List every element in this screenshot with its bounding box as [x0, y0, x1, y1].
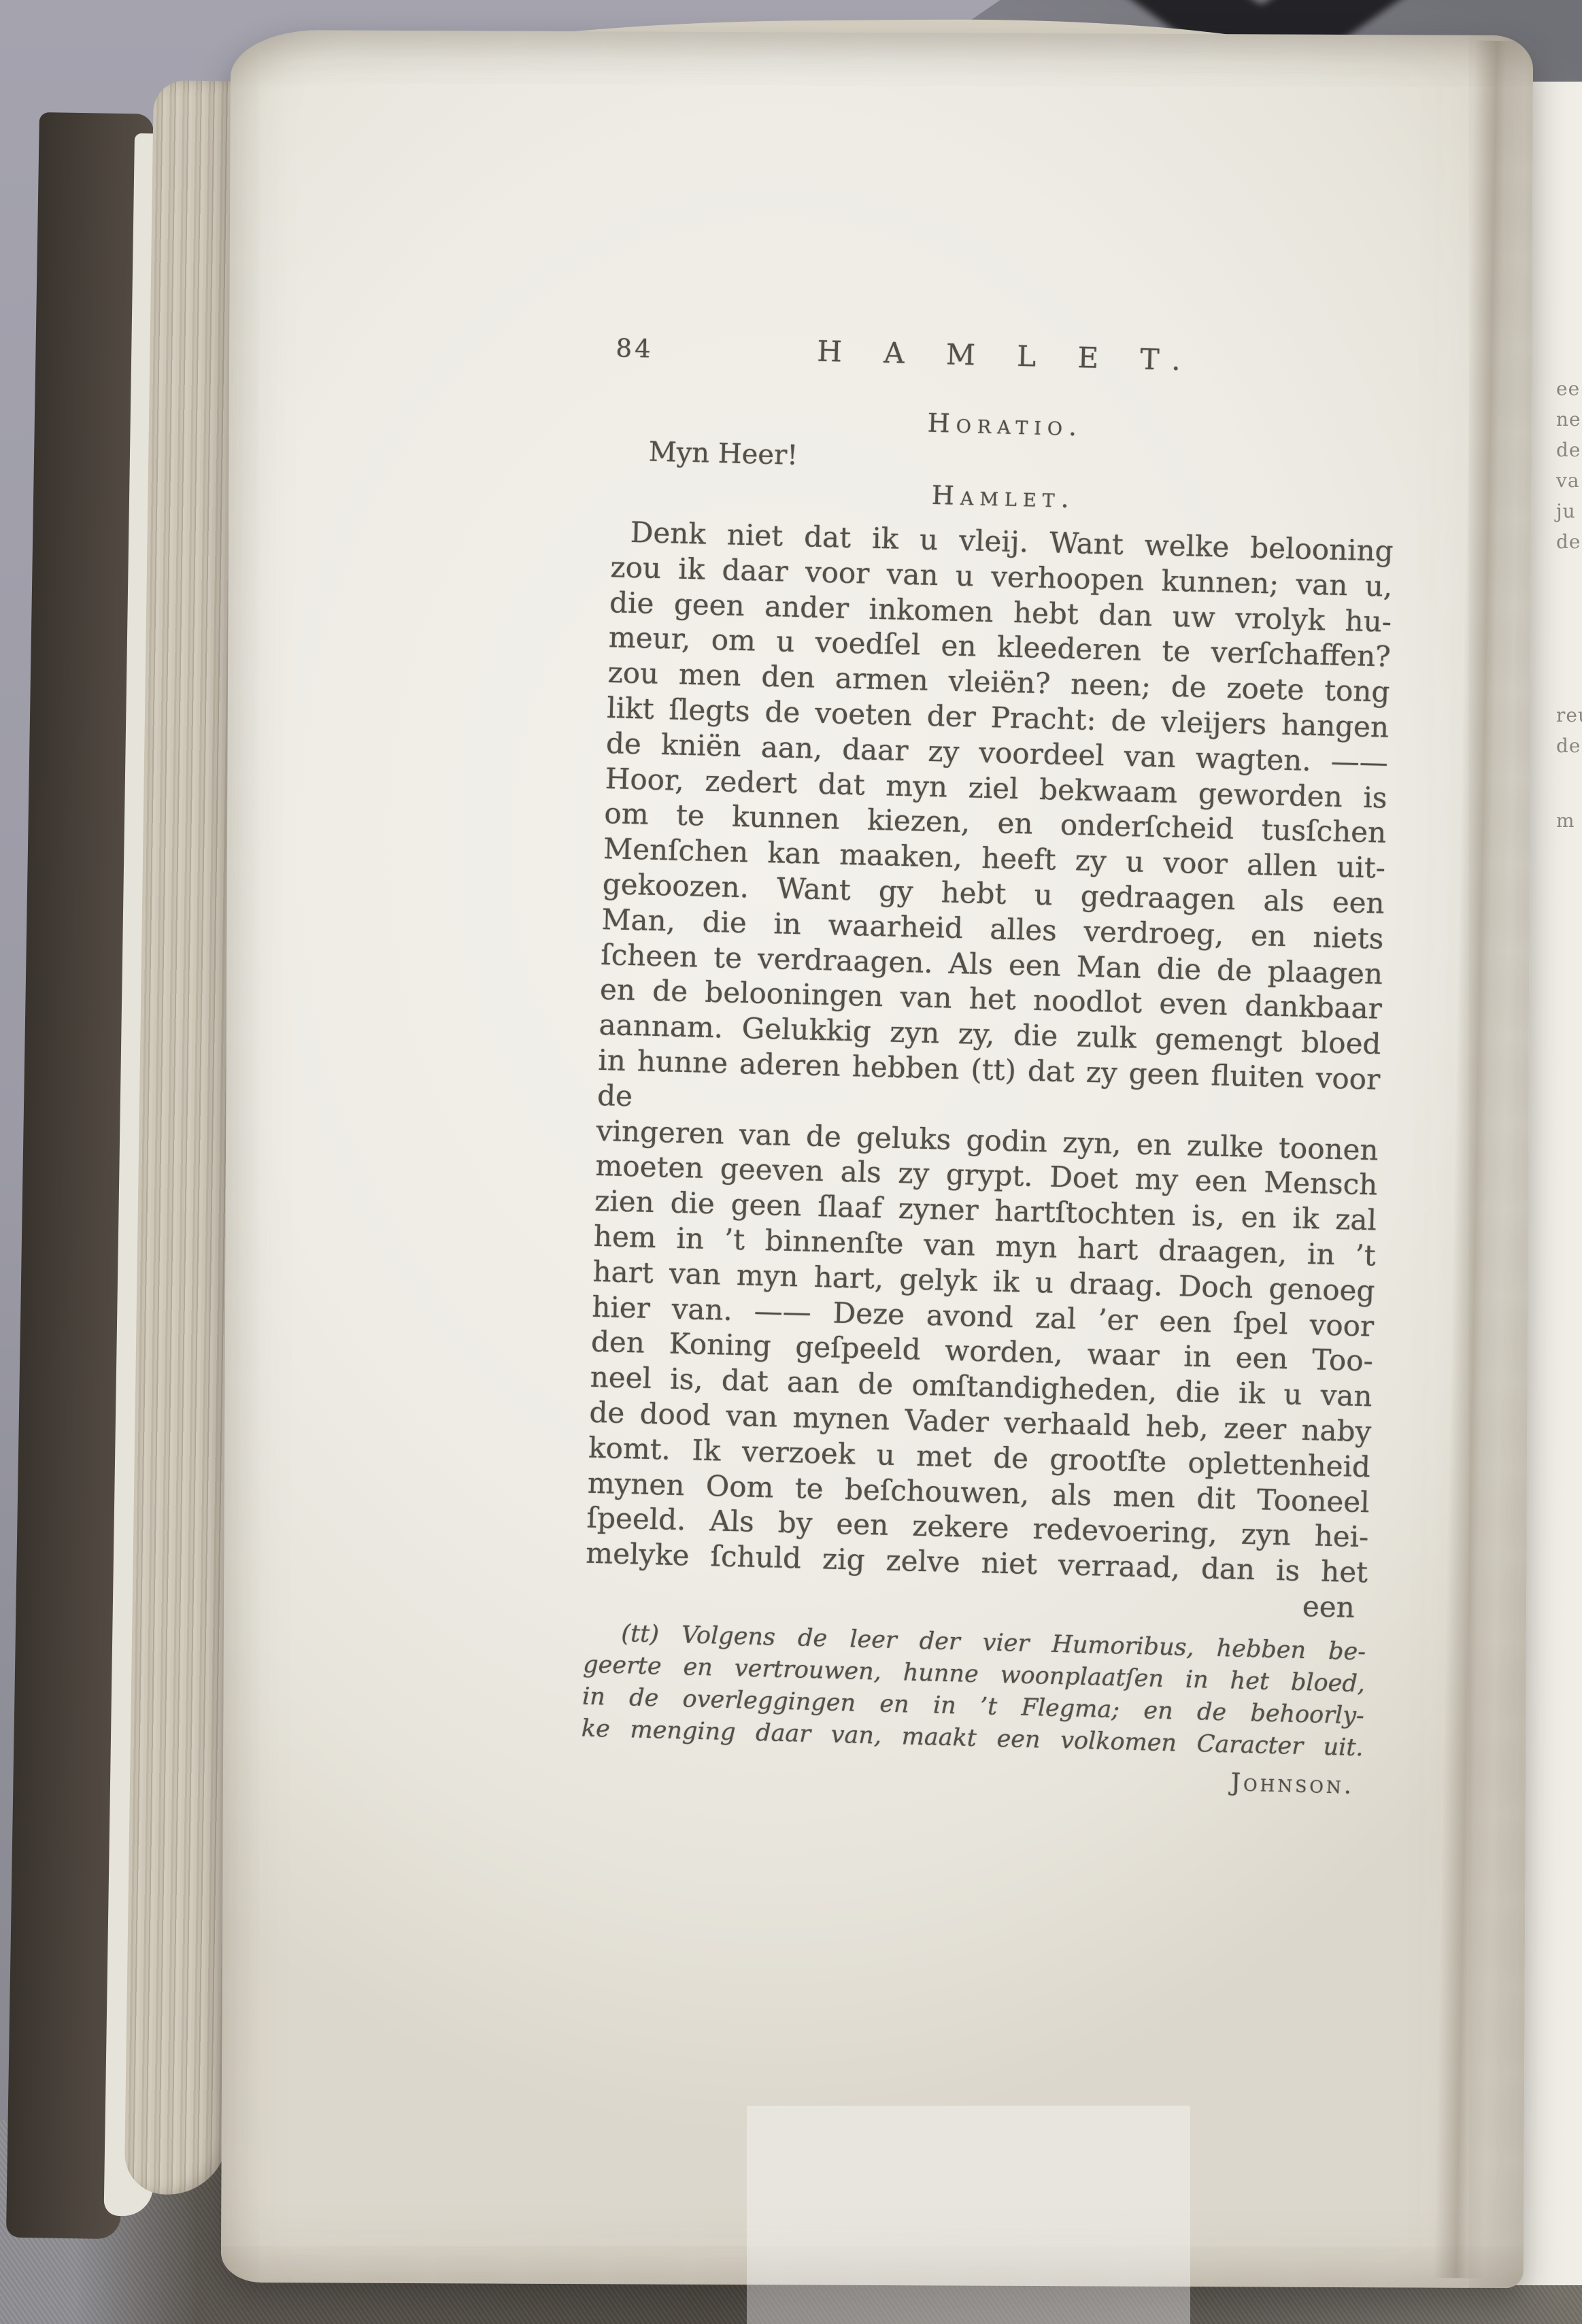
facing-page-text-fragment: dee: [1556, 531, 1582, 553]
book-photograph: ee ne de va ju dee reu de m 84 H A M L E…: [0, 0, 1582, 2324]
facing-page-text-fragment: ne: [1556, 408, 1581, 431]
hamlet-speech-body: Denk niet dat ik u vleij. Want welke bel…: [584, 514, 1394, 1626]
facing-page-text-fragment: de: [1556, 439, 1581, 461]
printed-text-layer: 84 H A M L E T. Horatio. Myn Heer! Hamle…: [568, 31, 1406, 2303]
page-number: 84: [616, 333, 654, 363]
running-title: H A M L E T.: [817, 335, 1198, 377]
facing-page-text-fragment: m: [1556, 809, 1575, 832]
open-book-page: 84 H A M L E T. Horatio. Myn Heer! Hamle…: [221, 30, 1533, 2288]
translucent-patch: [747, 2106, 1190, 2324]
footnote: (tt) Volgens de leer der vier Humoribus,…: [580, 1617, 1366, 1802]
speaker-heading-hamlet: Hamlet.: [612, 472, 1395, 522]
facing-page-text-fragment: va: [1556, 469, 1580, 492]
page-header: 84 H A M L E T.: [616, 329, 1398, 390]
facing-page-text-fragment: ju: [1556, 500, 1576, 522]
facing-page-text-fragment: de: [1556, 735, 1581, 757]
facing-page-text-fragment: ee: [1556, 377, 1580, 400]
horatio-speech-line: Myn Heer!: [648, 436, 798, 471]
facing-page-text-fragment: reu: [1556, 704, 1582, 726]
